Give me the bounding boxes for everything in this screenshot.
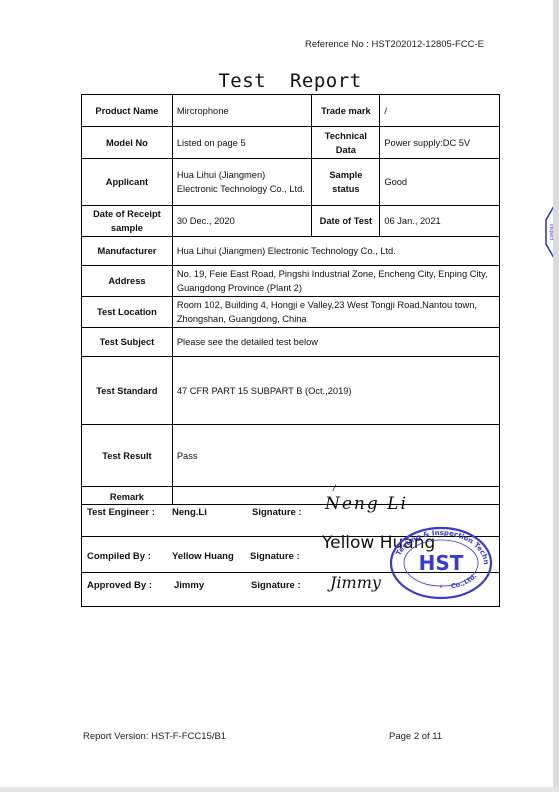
test-result-value: Pass	[172, 425, 499, 487]
signature-label: Signature :	[252, 507, 302, 518]
applicant-label: Applicant	[82, 159, 173, 206]
manufacturer-label: Manufacturer	[82, 237, 173, 266]
date-test-value: 06 Jan., 2021	[380, 206, 500, 237]
page-title: Test Report	[0, 70, 559, 92]
role-label: Approved By :	[87, 580, 152, 591]
model-no-label: Model No	[82, 127, 173, 159]
test-subject-label: Test Subject	[82, 328, 173, 357]
table-row: Date of Receipt sample 30 Dec., 2020 Dat…	[82, 206, 500, 237]
table-row: Applicant Hua Lihui (Jiangmen) Electroni…	[82, 159, 500, 206]
technical-data-label: Technical Data	[312, 127, 380, 159]
person-name: Jimmy	[174, 580, 204, 591]
table-row: Address No. 19, Feie East Road, Pingshi …	[82, 266, 500, 297]
trade-mark-value: /	[380, 95, 500, 127]
report-version: Report Version: HST-F-FCC15/B1	[83, 731, 226, 742]
table-row: Manufacturer Hua Lihui (Jiangmen) Electr…	[82, 237, 500, 266]
viewer-bottom-edge	[0, 787, 559, 792]
vertical-scrollbar[interactable]	[553, 0, 559, 792]
signature-label: Signature :	[251, 580, 301, 591]
person-name: Yellow Huang	[172, 551, 234, 562]
applicant-value: Hua Lihui (Jiangmen) Electronic Technolo…	[172, 159, 312, 206]
technical-data-value: Power supply:DC 5V	[380, 127, 500, 159]
date-test-label: Date of Test	[312, 206, 380, 237]
handwritten-signature: Jimmy	[330, 573, 381, 592]
model-no-value: Listed on page 5	[172, 127, 312, 159]
table-row: Test Subject Please see the detailed tes…	[82, 328, 500, 357]
report-info-table: Product Name Mircrophone Trade mark / Mo…	[81, 94, 500, 505]
sample-status-label: Sample status	[312, 159, 380, 206]
svg-text:*: *	[439, 583, 443, 593]
table-row: Model No Listed on page 5 Technical Data…	[82, 127, 500, 159]
product-name-label: Product Name	[82, 95, 173, 127]
address-value: No. 19, Feie East Road, Pingshi Industri…	[172, 266, 499, 297]
table-row: Test Location Room 102, Building 4, Hong…	[82, 297, 500, 328]
page-number: Page 2 of 11	[389, 731, 442, 742]
test-result-label: Test Result	[82, 425, 173, 487]
table-row: Test Result Pass	[82, 425, 500, 487]
test-standard-value: 47 CFR PART 15 SUBPART B (Oct.,2019)	[172, 357, 499, 425]
handwritten-signature: Neng Li	[325, 494, 408, 514]
address-label: Address	[82, 266, 173, 297]
reference-number: Reference No : HST202012-12805-FCC-E	[305, 39, 484, 50]
person-name: Neng.Li	[172, 507, 207, 518]
test-subject-value: Please see the detailed test below	[172, 328, 499, 357]
date-receipt-label: Date of Receipt sample	[82, 206, 173, 237]
manufacturer-value: Hua Lihui (Jiangmen) Electronic Technolo…	[172, 237, 499, 266]
signature-label: Signature :	[250, 551, 300, 562]
test-standard-label: Test Standard	[82, 357, 173, 425]
svg-text:HST: HST	[419, 551, 464, 575]
test-location-value: Room 102, Building 4, Hongji e Valley,23…	[172, 297, 499, 328]
sample-status-value: Good	[380, 159, 500, 206]
document-page: Reference No : HST202012-12805-FCC-E Tes…	[0, 0, 553, 787]
role-label: Compiled By :	[87, 551, 151, 562]
table-row: Product Name Mircrophone Trade mark /	[82, 95, 500, 127]
date-receipt-value: 30 Dec., 2020	[172, 206, 312, 237]
table-row: Test Standard 47 CFR PART 15 SUBPART B (…	[82, 357, 500, 425]
role-label: Test Engineer :	[87, 507, 155, 518]
company-seal-icon: Testing & Inspection Technology HST Co.,…	[388, 525, 494, 601]
trade-mark-label: Trade mark	[312, 95, 380, 127]
test-location-label: Test Location	[82, 297, 173, 328]
product-name-value: Mircrophone	[172, 95, 312, 127]
